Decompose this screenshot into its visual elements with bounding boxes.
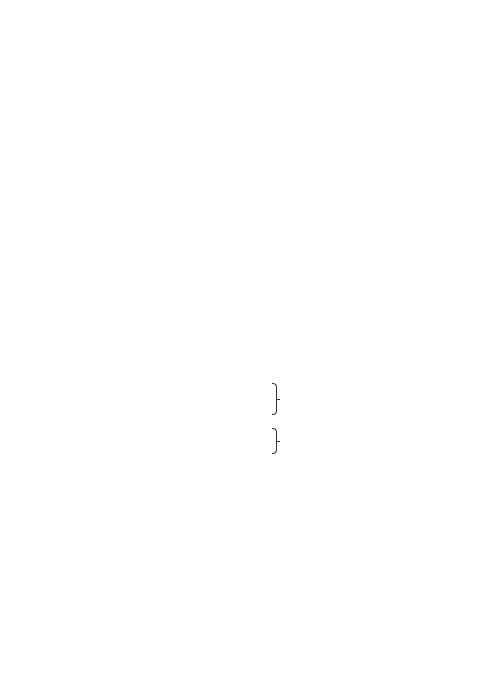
brace-1 bbox=[272, 383, 277, 415]
brace-2 bbox=[272, 428, 277, 454]
